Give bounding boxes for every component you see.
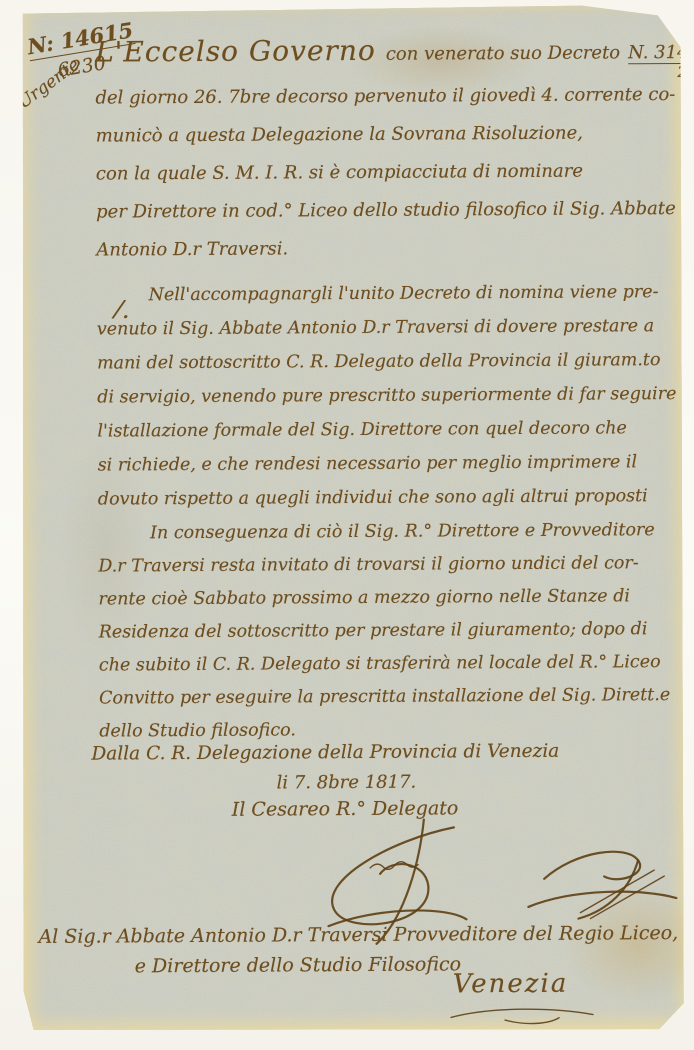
body-line: Residenza del sottoscritto per prestare … — [99, 619, 674, 656]
body-line: In conseguenza di ciò il Sig. R.° Dirett… — [98, 520, 673, 557]
opening-words: L'Eccelso Governo — [95, 34, 376, 69]
address-line-1: Al Sig.r Abbate Antonio D.r Traversi Pro… — [38, 922, 678, 948]
body-line: Antonio D.r Traversi. — [96, 236, 671, 278]
body-line: per Direttore in cod.° Liceo dello studi… — [96, 198, 671, 240]
body-line: l'istallazione formale del Sig. Direttor… — [97, 418, 672, 456]
line1-rest: con venerato suo Decreto — [386, 42, 620, 64]
decree-ref-sub: 2213 — [677, 63, 694, 81]
paragraph-1: L'Eccelso Governo con venerato suo Decre… — [95, 32, 671, 278]
closing-date: li 7. 8bre 1817. — [277, 772, 417, 794]
paper-sheet: N: 14615 6230 Urgente /. L'Eccelso Gover… — [17, 4, 687, 1034]
body-line: di servigio, venendo pure prescritto sup… — [97, 384, 672, 422]
body-line: Convitto per eseguire la prescritta inst… — [99, 685, 674, 722]
body-line: mani del sottoscritto C. R. Delegato del… — [97, 350, 672, 388]
body-line: venuto il Sig. Abbate Antonio D.r Traver… — [97, 316, 672, 354]
body-line: L'Eccelso Governo con venerato suo Decre… — [95, 32, 670, 88]
body-line: rente cioè Sabbato prossimo a mezzo gior… — [98, 586, 673, 623]
scanned-letter: N: 14615 6230 Urgente /. L'Eccelso Gover… — [0, 0, 694, 1050]
body-line: del giorno 26. 7bre decorso pervenuto il… — [95, 84, 670, 126]
paragraph-2: Nell'accompagnargli l'unito Decreto di n… — [97, 282, 673, 524]
body-line: D.r Traversi resta invitato di trovarsi … — [98, 553, 673, 590]
city-underline-flourish — [447, 1005, 597, 1032]
body-line: dovuto rispetto a quegli individui che s… — [98, 486, 673, 524]
body-line: municò a questa Delegazione la Sovrana R… — [96, 122, 671, 164]
body-line: che subito il C. R. Delegato si trasferi… — [99, 652, 674, 689]
body-line: si richiede, e che rendesi necessario pe… — [98, 452, 673, 490]
body-line: Nell'accompagnargli l'unito Decreto di n… — [97, 282, 672, 320]
body-line: con la quale S. M. I. R. si è compiacciu… — [96, 160, 671, 202]
signature-flourish-secretary — [520, 842, 686, 932]
decree-ref-number: N. 31438 — [628, 42, 694, 65]
address-city: Venezia — [453, 969, 569, 1000]
address-line-2: e Direttore dello Studio Filosofico — [135, 953, 461, 977]
paragraph-3: In conseguenza di ciò il Sig. R.° Dirett… — [98, 520, 674, 755]
decree-reference: N. 31438 2213 — [628, 42, 694, 64]
closing-place-line: Dalla C. R. Delegazione della Provincia … — [91, 741, 559, 765]
